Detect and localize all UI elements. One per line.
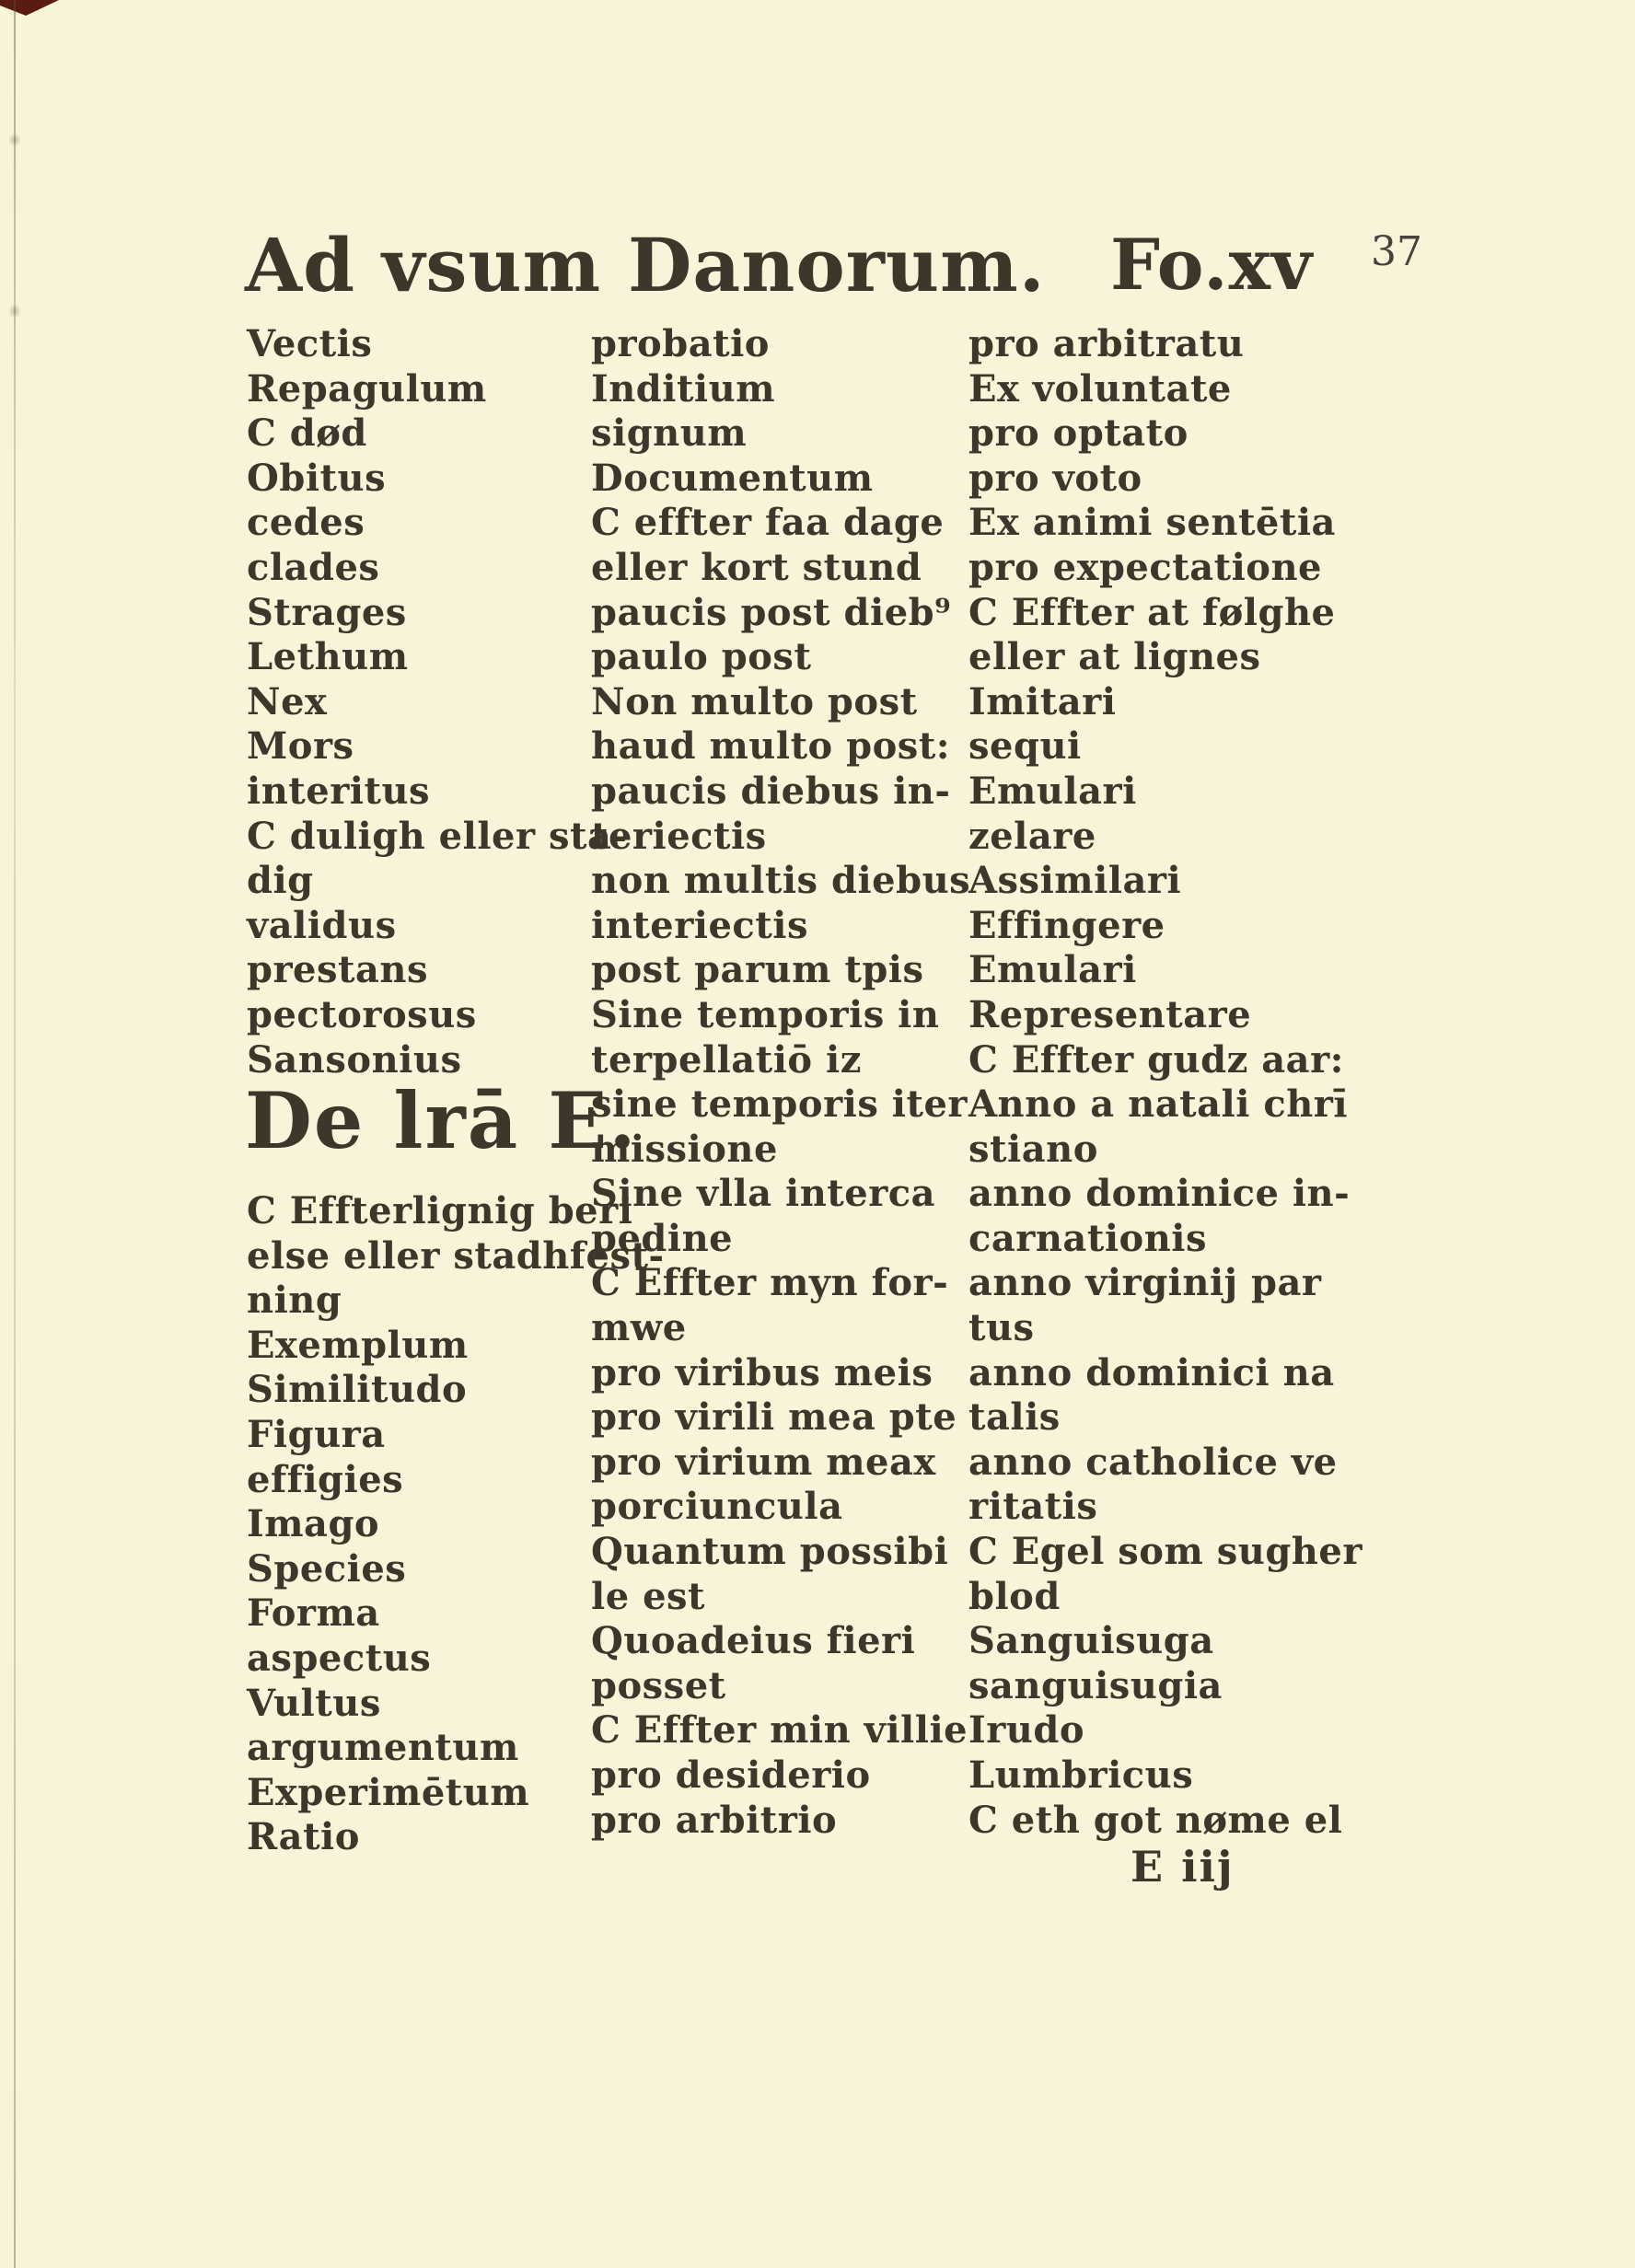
text-line: pro voto (968, 457, 1362, 502)
text-line: talis (968, 1395, 1362, 1441)
text-line: Ex voluntate (968, 367, 1362, 412)
text-line: carnationis (968, 1217, 1362, 1262)
text-line: Non multo post (591, 680, 970, 725)
text-line: Effingere (968, 904, 1362, 949)
text-line: sine temporis iter (591, 1082, 970, 1128)
text-line: Anno a natali chrī (968, 1082, 1362, 1128)
text-line: Emulari (968, 948, 1362, 993)
text-line: Lethum (247, 635, 627, 680)
folio-number: Fo.xv (1110, 230, 1313, 300)
text-line: paucis diebus in- (591, 769, 970, 815)
text-line: Vectis (247, 322, 627, 367)
text-line: clades (247, 546, 627, 591)
text-line: teriectis (591, 815, 970, 860)
text-line: pro expectatione (968, 546, 1362, 591)
text-line: interitus (247, 769, 627, 815)
text-line: pro arbitrio (591, 1799, 970, 1844)
text-line: Irudo (968, 1708, 1362, 1753)
text-line: eller kort stund (591, 546, 970, 591)
text-line: Emulari (968, 769, 1362, 815)
signature-mark: E iij (968, 1843, 1362, 1891)
text-line: Sine temporis in (591, 993, 970, 1038)
vocab-column-3: pro arbitratuEx voluntatepro optatopro v… (968, 322, 1362, 1891)
text-line: post parum tpis (591, 948, 970, 993)
text-line: Sine vlla interca (591, 1172, 970, 1217)
binding-corner (0, 0, 59, 16)
text-line: validus (247, 904, 627, 949)
text-line: tus (968, 1306, 1362, 1351)
text-line: pro virili mea pte (591, 1395, 970, 1441)
text-line: terpellatiō iz (591, 1038, 970, 1083)
text-line: blod (968, 1575, 1362, 1620)
text-line: Ex animi sentētia (968, 501, 1362, 546)
text-line: Strages (247, 591, 627, 636)
page-fold-crease (14, 0, 16, 2268)
book-page: Ad vsum Danorum. Fo.xv 37 VectisRepagulu… (0, 0, 1635, 2268)
text-line: eller at lignes (968, 635, 1362, 680)
printed-page-number: 37 (1371, 232, 1422, 272)
text-line: C Effter myn for- (591, 1261, 970, 1306)
text-line: missione (591, 1128, 970, 1173)
text-line: pro viribus meis (591, 1351, 970, 1396)
section-heading: De lrā E. (245, 1082, 638, 1160)
text-line: Imitari (968, 680, 1362, 725)
text-line: paucis post dieb⁹ (591, 591, 970, 636)
vocab-column-2: probatioInditiumsignumDocumentumC effter… (591, 322, 970, 1843)
text-line: signum (591, 411, 970, 457)
text-line: C Egel som sugher (968, 1530, 1362, 1575)
text-line: pectorosus (247, 993, 627, 1038)
sewing-notch (8, 133, 21, 147)
text-line: C duligh eller sta- (247, 815, 627, 860)
text-line: C død (247, 411, 627, 457)
text-line: interiectis (591, 904, 970, 949)
text-line: non multis diebus (591, 859, 970, 904)
text-line: haud multo post: (591, 724, 970, 769)
text-line: posset (591, 1664, 970, 1709)
text-line: anno dominici na (968, 1351, 1362, 1396)
page-title: Ad vsum Danorum. (245, 228, 1046, 302)
text-line: Documentum (591, 457, 970, 502)
text-line: cedes (247, 501, 627, 546)
text-line: Quantum possibi (591, 1530, 970, 1575)
vocab-column-1-top: VectisRepagulumC dødObituscedescladesStr… (247, 322, 627, 1082)
text-line: C effter faa dage (591, 501, 970, 546)
text-line: Inditium (591, 367, 970, 412)
text-line: Sanguisuga (968, 1619, 1362, 1664)
text-line: dig (247, 859, 627, 904)
text-line: zelare (968, 815, 1362, 860)
text-line: Representare (968, 993, 1362, 1038)
text-line: pro arbitratu (968, 322, 1362, 367)
text-line: C Effter at følghe (968, 591, 1362, 636)
text-line: paulo post (591, 635, 970, 680)
text-line: anno virginij par (968, 1261, 1362, 1306)
text-line: Lumbricus (968, 1753, 1362, 1799)
text-line: stiano (968, 1128, 1362, 1173)
text-line: sequi (968, 724, 1362, 769)
sewing-notch (8, 304, 21, 318)
text-line: anno dominice in- (968, 1172, 1362, 1217)
text-line: C Effter min villie (591, 1708, 970, 1753)
text-line: Assimilari (968, 859, 1362, 904)
text-line: porciuncula (591, 1485, 970, 1530)
text-line: mwe (591, 1306, 970, 1351)
text-line: pro optato (968, 411, 1362, 457)
text-line: Obitus (247, 457, 627, 502)
text-line: pedine (591, 1217, 970, 1262)
text-line: pro virium meax (591, 1441, 970, 1486)
text-line: sanguisugia (968, 1664, 1362, 1709)
text-line: prestans (247, 948, 627, 993)
text-line: C eth got nøme el (968, 1799, 1362, 1844)
text-line: ritatis (968, 1485, 1362, 1530)
text-line: anno catholice ve (968, 1441, 1362, 1486)
text-line: Mors (247, 724, 627, 769)
text-line: Quoadeius fieri (591, 1619, 970, 1664)
text-line: probatio (591, 322, 970, 367)
text-line: le est (591, 1575, 970, 1620)
text-line: Nex (247, 680, 627, 725)
text-line: C Effter gudz aar: (968, 1038, 1362, 1083)
text-line: Repagulum (247, 367, 627, 412)
text-line: pro desiderio (591, 1753, 970, 1799)
